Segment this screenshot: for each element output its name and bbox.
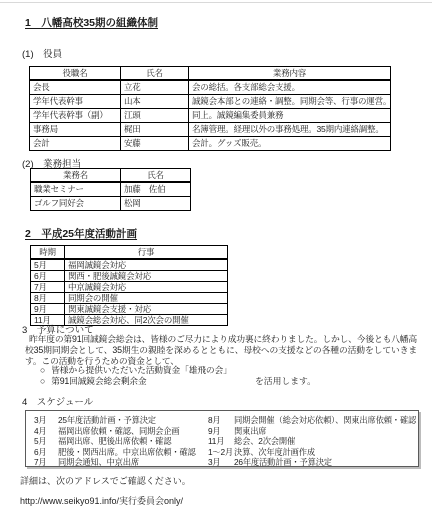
cell-role: 学年代表幹事 [30, 94, 121, 108]
month-label: 1～2月 [208, 447, 234, 458]
bullet-text: 第91回誠鏡会総会剰余金 [51, 376, 146, 386]
schedule-item: 決算、次年度計画作成 [234, 447, 418, 458]
cell-role: 学年代表幹事（副） [30, 108, 121, 122]
month-label: 3月 [34, 415, 58, 426]
schedule-row: 6月 肥後・関西出席。中京出席依頼・確認 1～2月 決算、次年度計画作成 [34, 447, 418, 458]
bullet-suffix-text: を活用します。 [255, 374, 316, 387]
cell-duty: 名簿管理。経理以外の事務処理。35期内連絡調整。 [189, 122, 391, 136]
schedule-row: 3月 25年度活動計画・予算決定 8月 同期会開催（総会対応依頼）、関東出席依頼… [34, 415, 418, 426]
section2-title: 2 平成25年度活動計画 [25, 226, 137, 241]
month-label: 11月 [208, 436, 234, 447]
table-row: 7月 中京誠鏡会対応 [31, 282, 228, 293]
document-page: 1 八幡高校35期の組織体制 (1) 役員 役職名 氏名 業務内容 会長 立花 … [0, 0, 432, 524]
duties-header-name: 氏名 [121, 169, 191, 183]
table-header-row: 役職名 氏名 業務内容 [30, 67, 391, 81]
month-label: 5月 [34, 436, 58, 447]
schedule-item: 同期会通知、中京出席 [58, 457, 208, 468]
schedule-item: 福岡出席依頼・確認、同期会企画 [58, 426, 208, 437]
officers-header-duty: 業務内容 [189, 67, 391, 81]
cell-role: 事務局 [30, 122, 121, 136]
table-row: 8月 同期会の開催 [31, 293, 228, 304]
month-label: 4月 [34, 426, 58, 437]
table-row: 会長 立花 会の総括。各支部総会支援。 [30, 80, 391, 94]
schedule-item: 肥後・関西出席。中京出席依頼・確認 [58, 447, 208, 458]
schedule-item: 福岡出席、肥後出席依頼・確認 [58, 436, 208, 447]
cell-duty: 誠鏡会本部との連絡・調整。同期会等、行事の運営。 [189, 94, 391, 108]
table-row: 9月 関東誠鏡会支援・対応 [31, 304, 228, 315]
plan-header-period: 時期 [31, 246, 65, 260]
month-label: 7月 [34, 457, 58, 468]
month-label: 9月 [208, 426, 234, 437]
footer-url-link[interactable]: http://www.seikyo91.info/実行委員会only/ [20, 494, 183, 507]
table-row: 6月 関西・肥後誠鏡会対応 [31, 271, 228, 282]
cell-name: 山本 [121, 94, 189, 108]
cell-duty: 同上。誠鏡編集委員兼務 [189, 108, 391, 122]
cell-period: 8月 [31, 293, 65, 304]
month-label: 8月 [208, 415, 234, 426]
cell-duty: 会の総括。各支部総会支援。 [189, 80, 391, 94]
cell-name: 加藤 佐伯 [121, 182, 191, 196]
schedule-row: 5月 福岡出席、肥後出席依頼・確認 11月 総会、2次会開催 [34, 436, 418, 447]
cell-period: 7月 [31, 282, 65, 293]
cell-role: 会長 [30, 80, 121, 94]
cell-duty: 会計。グッズ販売。 [189, 136, 391, 150]
officers-table: 役職名 氏名 業務内容 会長 立花 会の総括。各支部総会支援。 学年代表幹事 山… [29, 66, 391, 151]
section4-title: 4 スケジュール [22, 394, 93, 408]
cell-event: 関東誠鏡会支援・対応 [65, 304, 228, 315]
duties-header-task: 業務名 [31, 169, 121, 183]
cell-event: 関西・肥後誠鏡会対応 [65, 271, 228, 282]
plan-header-event: 行事 [65, 246, 228, 260]
circle-bullet-icon: ○ [40, 376, 45, 386]
officers-header-name: 氏名 [121, 67, 189, 81]
schedule-item: 26年度活動計画・予算決定 [234, 457, 418, 468]
cell-name: 安藤 [121, 136, 189, 150]
footer-note: 詳細は、次のアドレスでご確認ください。 [20, 474, 191, 487]
schedule-item: 総会、2次会開催 [234, 436, 418, 447]
table-row: 会計 安藤 会計。グッズ販売。 [30, 136, 391, 150]
schedule-item: 同期会開催（総会対応依頼）、関東出席依頼・確認 [234, 415, 418, 426]
cell-event: 中京誠鏡会対応 [65, 282, 228, 293]
table-row: 事務局 梶田 名簿管理。経理以外の事務処理。35期内連絡調整。 [30, 122, 391, 136]
cell-period: 6月 [31, 271, 65, 282]
schedule-row: 7月 同期会通知、中京出席 3月 26年度活動計画・予算決定 [34, 457, 418, 468]
budget-bullet-2: ○第91回誠鏡会総会剰余金 [40, 374, 146, 387]
cell-name: 立花 [121, 80, 189, 94]
schedule-item: 25年度活動計画・予算決定 [58, 415, 208, 426]
cell-period: 9月 [31, 304, 65, 315]
table-row: 学年代表幹事（副） 江頭 同上。誠鏡編集委員兼務 [30, 108, 391, 122]
activity-plan-table: 時期 行事 5月 福岡誠鏡会対応 6月 関西・肥後誠鏡会対応 7月 中京誠鏡会対… [30, 245, 228, 326]
cell-role: 会計 [30, 136, 121, 150]
month-label: 3月 [208, 457, 234, 468]
table-header-row: 業務名 氏名 [31, 169, 191, 183]
schedule-box: 3月 25年度活動計画・予算決定 8月 同期会開催（総会対応依頼）、関東出席依頼… [25, 410, 419, 467]
page-top-divider [0, 2, 432, 3]
cell-event: 同期会の開催 [65, 293, 228, 304]
table-row: ゴルフ同好会 松岡 [31, 196, 191, 210]
cell-event: 福岡誠鏡会対応 [65, 259, 228, 271]
officers-label: (1) 役員 [22, 46, 62, 60]
cell-task: ゴルフ同好会 [31, 196, 121, 210]
schedule-row: 4月 福岡出席依頼・確認、同期会企画 9月 関東出席 [34, 426, 418, 437]
cell-task: 職業セミナー [31, 182, 121, 196]
table-row: 5月 福岡誠鏡会対応 [31, 259, 228, 271]
cell-name: 梶田 [121, 122, 189, 136]
cell-name: 江頭 [121, 108, 189, 122]
cell-name: 松岡 [121, 196, 191, 210]
schedule-item: 関東出席 [234, 426, 418, 437]
table-row: 学年代表幹事 山本 誠鏡会本部との連絡・調整。同期会等、行事の運営。 [30, 94, 391, 108]
table-header-row: 時期 行事 [31, 246, 228, 260]
month-label: 6月 [34, 447, 58, 458]
section1-title: 1 八幡高校35期の組織体制 [25, 15, 158, 30]
officers-header-role: 役職名 [30, 67, 121, 81]
cell-period: 5月 [31, 259, 65, 271]
table-row: 職業セミナー 加藤 佐伯 [31, 182, 191, 196]
duties-table: 業務名 氏名 職業セミナー 加藤 佐伯 ゴルフ同好会 松岡 [30, 168, 191, 211]
